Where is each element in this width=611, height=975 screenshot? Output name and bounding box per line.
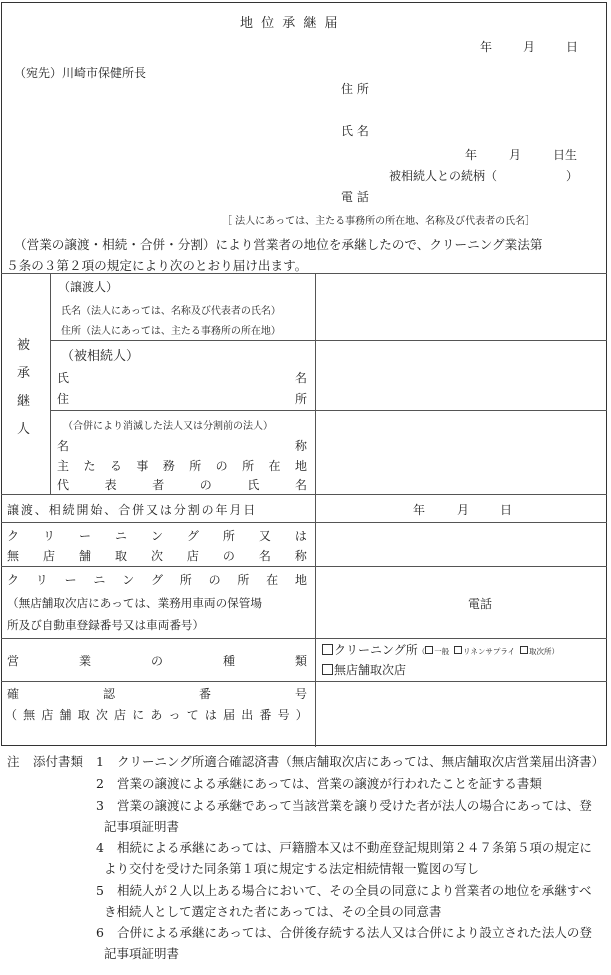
notes-prefix: 注: [7, 752, 20, 770]
location-phone-label: 電話: [468, 595, 492, 612]
checkbox-storeless[interactable]: [322, 664, 333, 675]
shop-name-field[interactable]: [316, 523, 606, 566]
transferor-name-label: 氏名（法人にあっては、名称及び代表者の氏名）: [61, 302, 281, 317]
transferor-value-field[interactable]: [316, 274, 606, 340]
birth-day: 日生: [553, 146, 577, 163]
predecessor-label: 被 承 継 人: [17, 332, 33, 444]
note-4: 4相続による承継にあっては、戸籍謄本又は不動産登記規則第２４７条第５項の規定に: [96, 838, 592, 856]
decedent-heading: （被相続人）: [61, 345, 139, 364]
sub-agency-label: 取次所: [529, 647, 552, 656]
checkbox-linen-supply[interactable]: [454, 646, 462, 654]
shop-name-label-1: クリーニング所又は: [7, 527, 307, 544]
submission-year: 年: [480, 38, 492, 55]
birth-month: 月: [509, 146, 521, 163]
phone-label: 電 話: [341, 188, 369, 205]
succession-date-label: 譲渡、相続開始、合併又は分割の年月日: [7, 501, 257, 518]
relationship-label: 被相続人との続柄（: [389, 167, 497, 184]
option-cleaning-shop-label: クリーニング所: [334, 643, 418, 657]
business-type-label: 営業の種類: [7, 652, 307, 669]
merged-corp-office-label: 主たる事務所の所在地: [57, 457, 307, 474]
addressee: （宛先）川崎市保健所長: [14, 64, 146, 81]
sub-open-paren: （: [418, 647, 426, 656]
relationship-close: ）: [566, 167, 578, 184]
shop-name-label-2: 無店舗取次店の名称: [7, 547, 307, 564]
succession-month: 月: [457, 501, 469, 518]
succession-year: 年: [413, 501, 425, 518]
decedent-value-field[interactable]: [316, 341, 606, 410]
location-label-2: （無店舗取次店にあっては、業務用車両の保管場: [7, 595, 262, 611]
option-cleaning-shop[interactable]: クリーニング所（一般 リネンサプライ 取次所）: [322, 641, 559, 658]
transferor-address-label: 住所（法人にあっては、主たる事務所の所在地）: [61, 322, 281, 337]
intro-line-2: ５条の３第２項の規定により次のとおり届け出ます。: [6, 255, 307, 274]
corporate-note: ［ 法人にあっては、主たる事務所の所在地、名称及び代表者の氏名］: [222, 212, 535, 227]
note-6-cont: 記事項証明書: [104, 944, 179, 962]
predecessor-divider: [50, 273, 51, 494]
merged-corp-representative-label: 代表者の氏名: [57, 476, 307, 493]
sub-linen-label: リネンサプライ: [463, 647, 515, 656]
sub-general-label: 一般: [434, 647, 449, 656]
birth-year: 年: [465, 146, 477, 163]
decedent-name-label: 氏名: [57, 369, 307, 386]
merged-corp-value-field[interactable]: [316, 411, 606, 494]
intro-line-1: （営業の譲渡・相続・合併・分割）により営業者の地位を承継したので、クリーニング業…: [14, 234, 542, 253]
address-label: 住 所: [341, 80, 369, 97]
note-6: 6合併による承継にあっては、合併後存続する法人又は合併により設立された法人の登: [96, 923, 592, 941]
transferor-heading: （譲渡人）: [58, 278, 118, 295]
checkbox-agency[interactable]: [520, 646, 528, 654]
merged-corp-name-label: 名称: [57, 437, 307, 454]
submission-day: 日: [566, 38, 578, 55]
note-5: 5相続人が２人以上ある場合において、その全員の同意により営業者の地位を承継すべ: [96, 881, 591, 899]
checkbox-cleaning-shop[interactable]: [322, 644, 333, 655]
note-2: 2営業の譲渡による承継にあっては、営業の譲渡が行われたことを証する書類: [96, 774, 542, 792]
sub-close-paren: ）: [551, 647, 559, 656]
note-1: 1クリーニング所適合確認済書（無店舗取次店にあっては、無店舗取次店営業届出済書）: [96, 752, 604, 770]
name-label: 氏 名: [341, 122, 369, 139]
form-title: 地 位 承 継 届: [240, 12, 340, 31]
decedent-address-label: 住所: [57, 390, 307, 407]
succession-date-field[interactable]: 年 月 日: [316, 495, 606, 522]
location-label-3: 所及び自動車登録番号又は車両番号）: [7, 617, 204, 633]
confirmation-number-label-2: （無店舗取次店にあっては届出番号）: [5, 706, 308, 723]
notes-heading: 添付書類: [33, 752, 83, 770]
succession-day: 日: [500, 501, 512, 518]
location-label-1: クリーニング所の所在地: [7, 571, 307, 588]
confirmation-number-field[interactable]: [316, 682, 606, 746]
confirmation-number-label-1: 確認番号: [7, 685, 307, 702]
row-divider: [1, 638, 607, 639]
submission-month: 月: [523, 38, 535, 55]
option-storeless-label: 無店舗取次店: [334, 663, 406, 677]
note-3-cont: 記事項証明書: [104, 817, 179, 835]
note-3: 3営業の譲渡による承継であって当該営業を譲り受けた者が法人の場合にあっては、登: [96, 796, 592, 814]
checkbox-general[interactable]: [425, 646, 433, 654]
merged-corp-heading: （合併により消滅した法人又は分割前の法人）: [63, 417, 273, 432]
option-storeless[interactable]: 無店舗取次店: [322, 661, 406, 678]
location-field[interactable]: 電話: [316, 567, 606, 638]
note-5-cont: き相続人として選定された者にあっては、その全員の同意書: [104, 902, 441, 920]
note-4-cont: より交付を受けた同条第１項に規定する法定相続情報一覧図の写し: [104, 859, 479, 877]
